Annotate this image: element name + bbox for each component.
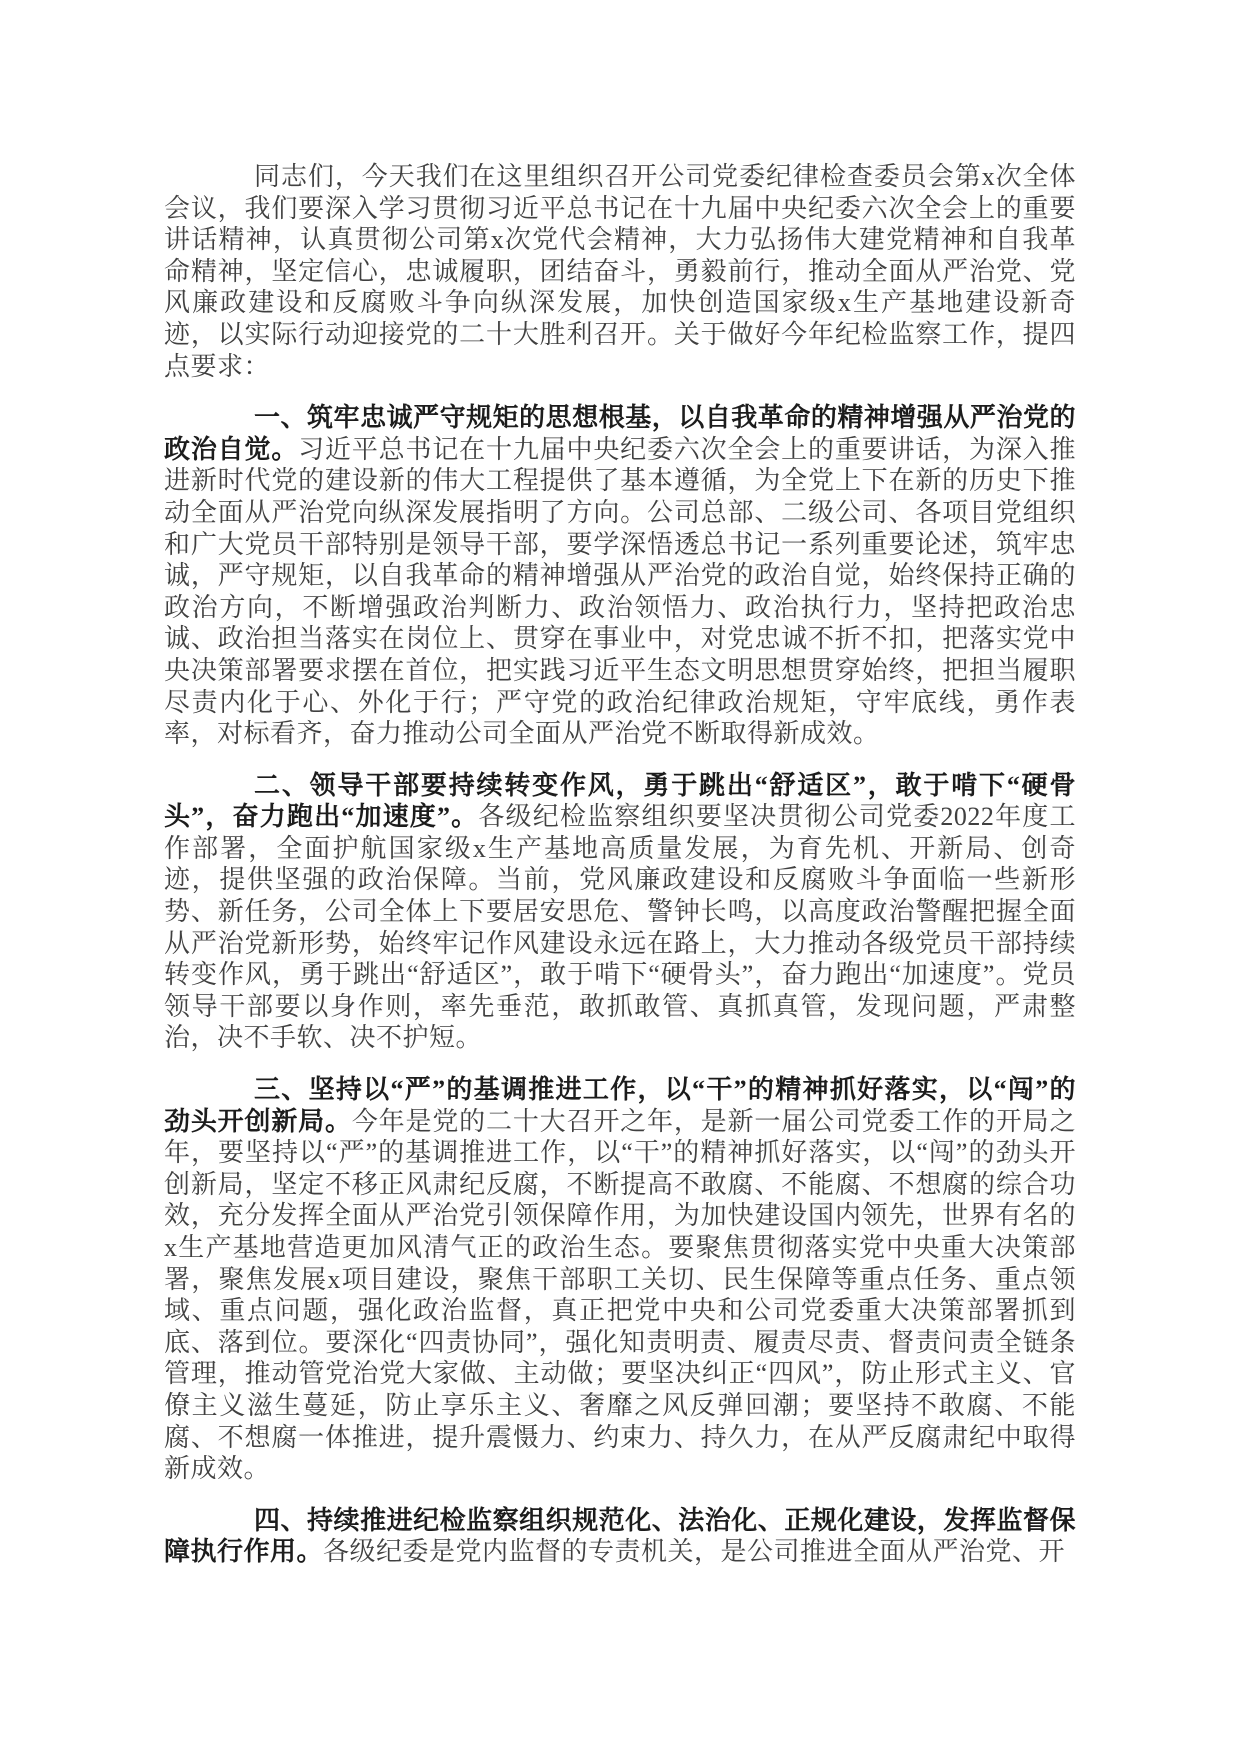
document-page: 同志们，今天我们在这里组织召开公司党委纪律检查委员会第x次全体会议，我们要深入学… bbox=[0, 0, 1240, 1754]
section-1-text: 习近平总书记在十九届中央纪委六次全会上的重要讲话，为深入推进新时代党的建设新的伟… bbox=[164, 435, 1076, 748]
section-4-text: 各级纪委是党内监督的专责机关，是公司推进全面从严治党、开 bbox=[323, 1537, 1065, 1566]
paragraph-section-3: 三、坚持以“严”的基调推进工作，以“干”的精神抓好落实，以“闯”的劲头开创新局。… bbox=[164, 1074, 1076, 1485]
paragraph-section-4: 四、持续推进纪检监察组织规范化、法治化、正规化建设，发挥监督保障执行作用。各级纪… bbox=[164, 1505, 1076, 1568]
paragraph-section-2: 二、领导干部要持续转变作风，勇于跳出“舒适区”，敢于啃下“硬骨头”，奋力跑出“加… bbox=[164, 770, 1076, 1054]
paragraph-section-1: 一、筑牢忠诚严守规矩的思想根基，以自我革命的精神增强从严治党的政治自觉。习近平总… bbox=[164, 402, 1076, 750]
section-3-text: 今年是党的二十大召开之年，是新一届公司党委工作的开局之年，要坚持以“严”的基调推… bbox=[164, 1107, 1076, 1484]
section-2-text: 各级纪检监察组织要坚决贯彻公司党委2022年度工作部署，全面护航国家级x生产基地… bbox=[164, 802, 1076, 1052]
paragraph-intro: 同志们，今天我们在这里组织召开公司党委纪律检查委员会第x次全体会议，我们要深入学… bbox=[164, 161, 1076, 382]
paragraph-intro-text: 同志们，今天我们在这里组织召开公司党委纪律检查委员会第x次全体会议，我们要深入学… bbox=[164, 162, 1076, 381]
